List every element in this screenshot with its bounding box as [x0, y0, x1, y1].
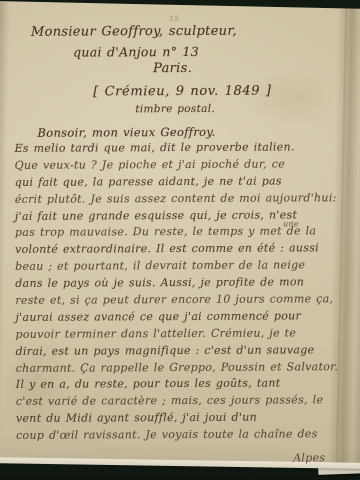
letter-line: pouvoir terminer dans l'attelier. Crémie…: [15, 326, 358, 345]
letter-line: charmant. Ça rappelle le Greppo, Poussin…: [16, 360, 359, 379]
letter-line: volonté extraordinaire. Il est comme en …: [15, 241, 358, 260]
letter-line: beau ; et pourtant, il devrait tomber de…: [15, 258, 358, 277]
letter-page: 35 Monsieur Geoffroy, sculpteur, quai d'…: [0, 1, 360, 467]
letter-line: j'aurai assez avancé ce que j'ai commenc…: [15, 309, 358, 328]
letter-body: Es melio tardi que mai, dit le proverbe …: [15, 140, 360, 446]
interlinear-insertion: une: [283, 219, 299, 228]
letter-line: dirai, est un pays magnifique : c'est d'…: [16, 343, 359, 362]
letter-line: coup d'œil ravissant. Je voyais toute la…: [16, 427, 359, 446]
letter-line: reste et, si ça peut durer encore 10 jou…: [15, 292, 358, 311]
photograph-of-letter: 35 Monsieur Geoffroy, sculpteur, quai d'…: [0, 0, 360, 480]
address-line: quai d'Anjou n° 13: [73, 44, 199, 60]
page-number: 35: [169, 15, 180, 23]
letter-line: écrit plutôt. Je suis assez content de m…: [15, 191, 358, 210]
letter-line: c'est varié de caractère ; mais, ces jou…: [16, 393, 359, 412]
salutation: Bonsoir, mon vieux Geoffroy.: [37, 125, 215, 140]
letter-line: Es melio tardi que mai, dit le proverbe …: [15, 140, 358, 159]
letter-line: pas trop mauvaise. Du reste, le temps y …: [15, 225, 358, 244]
postmark-note: timbre postal.: [135, 103, 215, 115]
letter-line: vent du Midi ayant soufflé, j'ai joui d'…: [16, 410, 359, 429]
recipient-line: Monsieur Geoffroy, sculpteur,: [31, 24, 237, 40]
handwritten-text: 35 Monsieur Geoffroy, sculpteur, quai d'…: [0, 4, 360, 464]
letter-line: Que veux-tu ? Je pioche et j'ai pioché d…: [15, 157, 358, 176]
catchword-alpes: Alpes: [293, 451, 325, 464]
city-line: Paris.: [153, 61, 192, 76]
letter-line: Il y en a, du reste, pour tous les goûts…: [16, 377, 359, 396]
date-line: [ Crémieu, 9 nov. 1849 ]: [93, 84, 271, 100]
letter-line: qui fait que, la paresse aidant, je ne t…: [15, 174, 358, 193]
letter-line: j'ai fait une grande esquisse qui, je cr…: [15, 208, 358, 227]
letter-line: dans le pays où je suis. Aussi, je profi…: [15, 275, 358, 294]
